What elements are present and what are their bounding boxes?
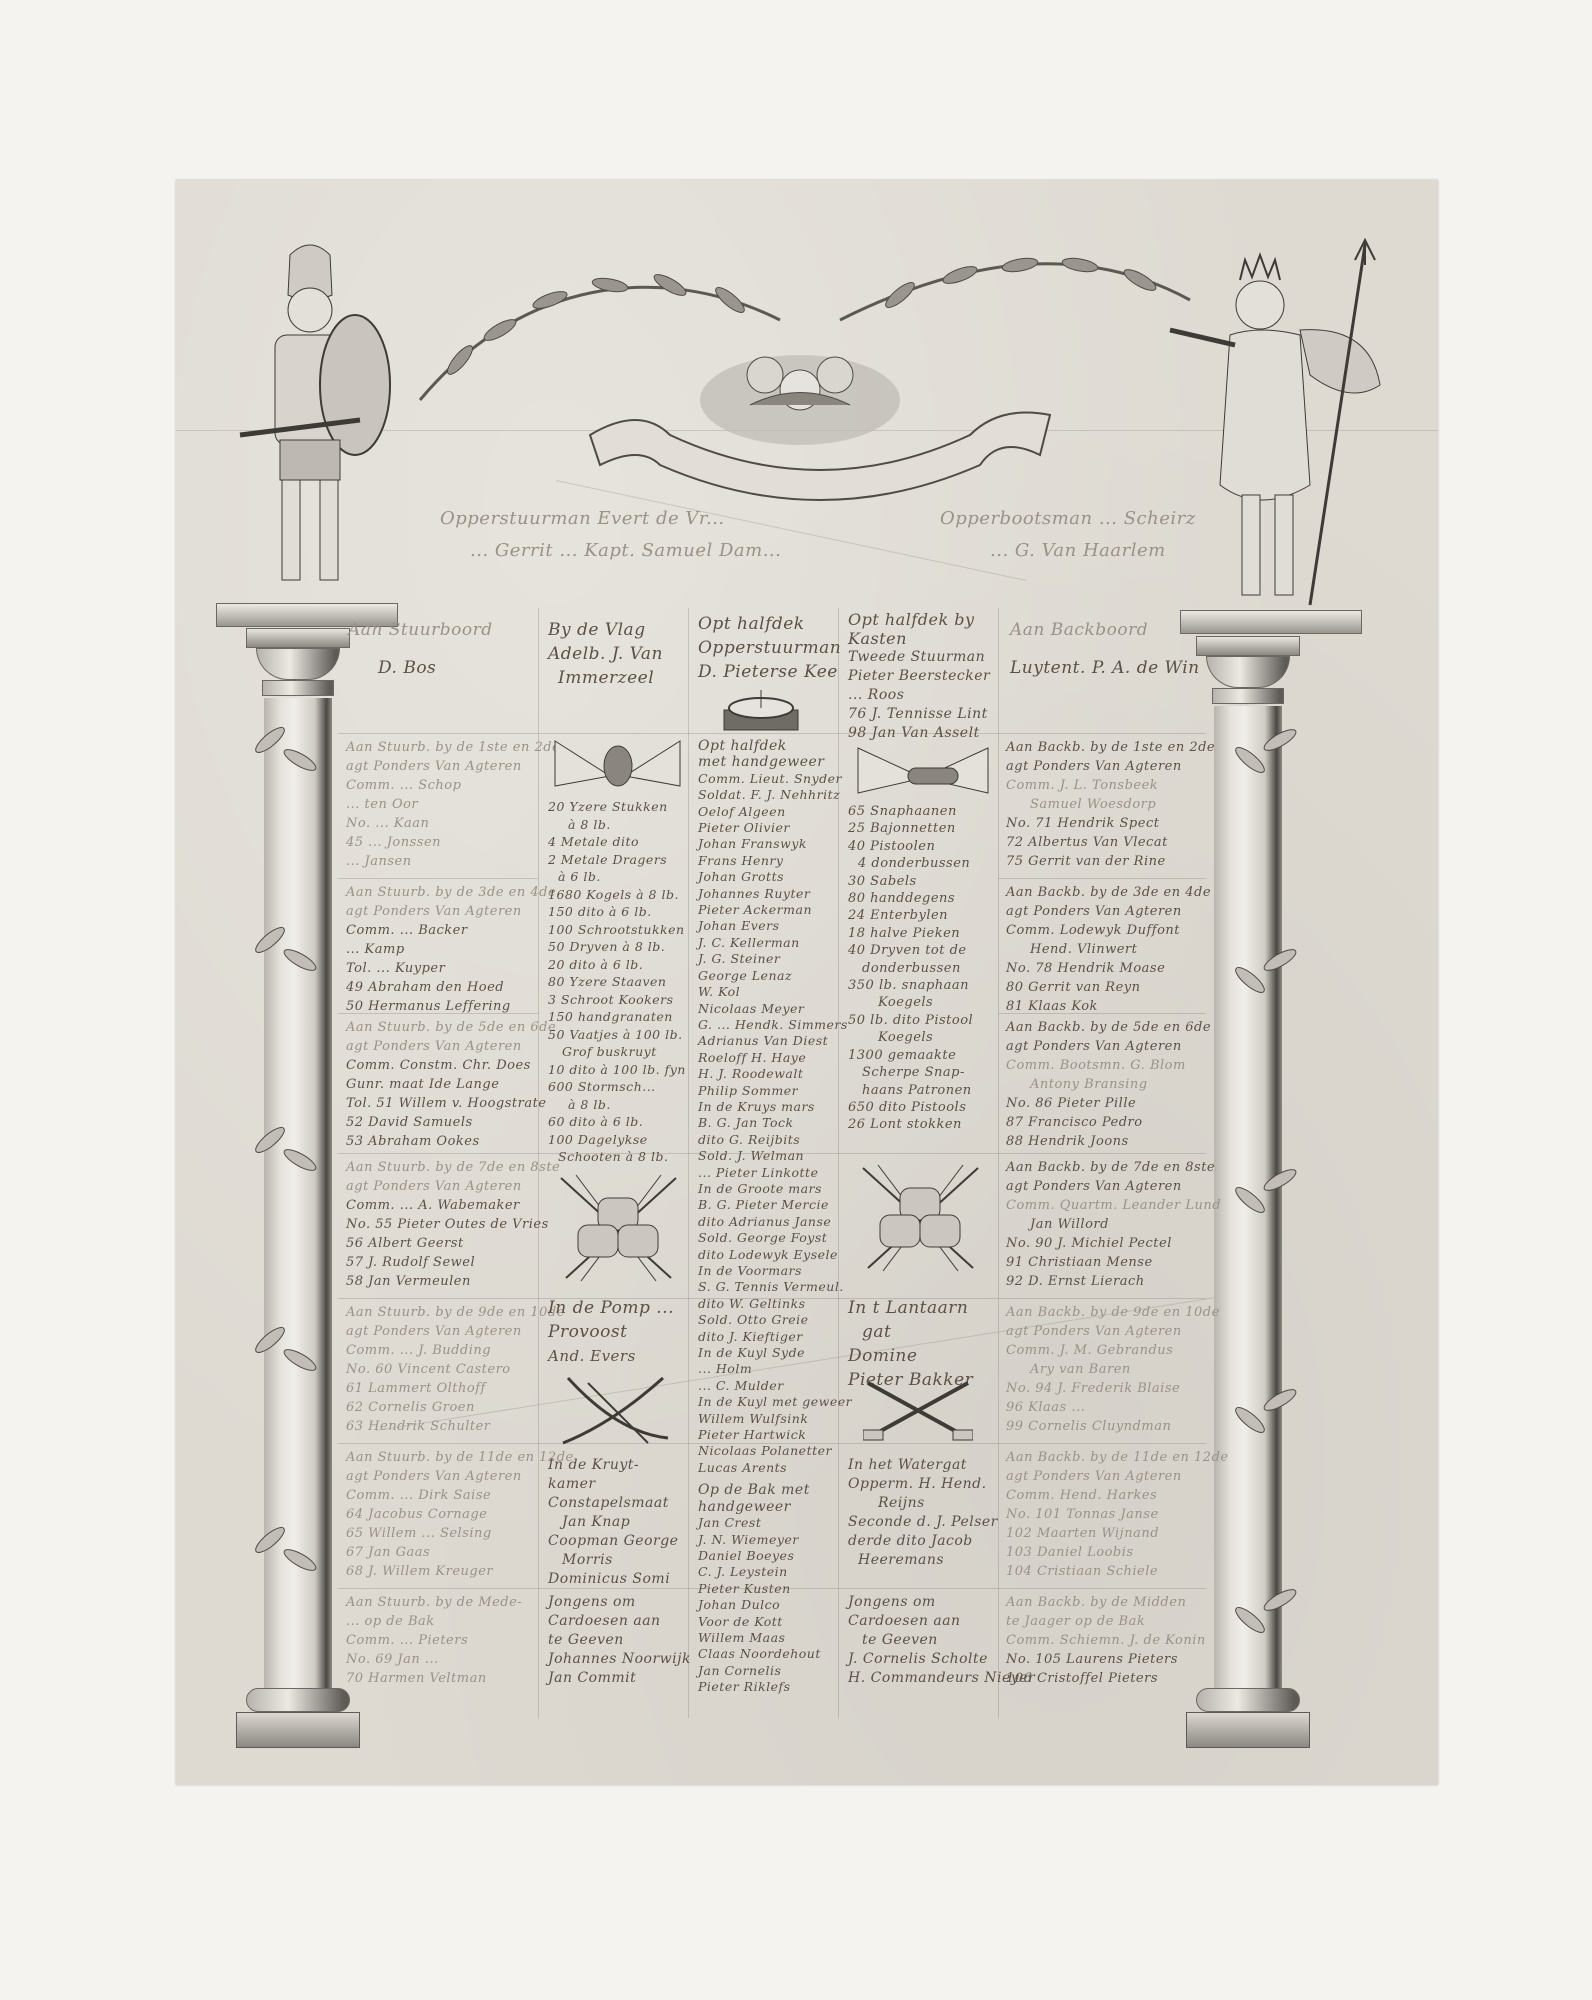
barrels-and-rammers-icon bbox=[556, 1173, 681, 1287]
barrels-and-rammers-icon bbox=[858, 1163, 983, 1277]
header-officers-left-line2: ... Gerrit ... Kapt. Samuel Dam... bbox=[470, 540, 781, 561]
col1-header: Aan Stuurboord D. Bos bbox=[348, 618, 493, 680]
ribbon-banner-icon bbox=[580, 395, 1060, 505]
col2-powder-room-section: In de Kruyt-kamerConstapelsmaatJan KnapC… bbox=[548, 1456, 678, 1589]
laurel-vine-right-icon bbox=[1200, 720, 1320, 1700]
crossed-sabres-icon bbox=[558, 1373, 673, 1452]
row-divider bbox=[338, 878, 538, 879]
mars-warrior-icon bbox=[220, 235, 400, 605]
laurel-vine-left-icon bbox=[230, 700, 350, 1700]
column-divider bbox=[998, 608, 999, 1718]
col5-section-2: Aan Backb. by de 3de en 4deagt Ponders V… bbox=[1006, 883, 1211, 1016]
col2-armament-list: 20 Yzere Stukkenà 8 lb.4 Metale dito2 Me… bbox=[548, 798, 686, 1166]
right-statue-pedestal bbox=[1180, 610, 1362, 634]
row-divider bbox=[998, 878, 1206, 879]
col5-section-3: Aan Backb. by de 5de en 6deagt Ponders V… bbox=[1006, 1018, 1211, 1151]
col5-section-6: Aan Backb. by de 11de en 12deagt Ponders… bbox=[1006, 1448, 1229, 1581]
col5-section-7: Aan Backb. by de Middente Jaager op de B… bbox=[1006, 1593, 1206, 1688]
crossed-muskets-icon bbox=[863, 1378, 973, 1447]
col5-section-5: Aan Backb. by de 9de en 10deagt Ponders … bbox=[1006, 1303, 1220, 1436]
header-officers-right-line2: ... G. Van Haarlem bbox=[990, 540, 1166, 561]
col2-pump-section: In de Pomp ...ProvoostAnd. Evers bbox=[548, 1296, 674, 1368]
cannon-and-flags-icon bbox=[853, 743, 993, 802]
col5-section-1: Aan Backb. by de 1ste en 2deagt Ponders … bbox=[1006, 738, 1215, 871]
header-officers-left-line1: Opperstuurman Evert de Vr... bbox=[440, 508, 725, 529]
col4-header: Opt halfdek by Kasten Tweede Stuurman Pi… bbox=[848, 610, 990, 743]
column-divider bbox=[688, 608, 689, 1718]
col1-section-6: Aan Stuurb. by de 11de en 12deagt Ponder… bbox=[346, 1448, 574, 1581]
header-officers-right-line1: Opperbootsman ... Scheirz bbox=[940, 508, 1196, 529]
muster-table: Aan Stuurboord D. Bos By de Vlag Adelb. … bbox=[338, 608, 1206, 1718]
drum-and-flags-icon bbox=[550, 736, 685, 795]
col5-section-4: Aan Backb. by de 7de en 8steagt Ponders … bbox=[1006, 1158, 1221, 1291]
col3-halfdeck-list: Opt halfdekmet handgeweerComm. Lieut. Sn… bbox=[698, 738, 852, 1696]
col3-header: Opt halfdek Opperstuurman D. Pieterse Ke… bbox=[698, 612, 841, 684]
col1-section-3: Aan Stuurb. by de 5de en 6deagt Ponders … bbox=[346, 1018, 556, 1151]
col1-section-2: Aan Stuurb. by de 3de en 4deagt Ponders … bbox=[346, 883, 556, 1016]
col2-header: By de Vlag Adelb. J. Van Immerzeel bbox=[548, 618, 663, 690]
col2-cartridge-boys-section: Jongens omCardoesen aante GeevenJohannes… bbox=[548, 1593, 691, 1688]
col4-water-hatch-section: In het WatergatOpperm. H. Hend.ReijnsSec… bbox=[848, 1456, 998, 1570]
col1-section-7: Aan Stuurb. by de Mede-... op de BakComm… bbox=[346, 1593, 522, 1688]
col1-section-1: Aan Stuurb. by de 1ste en 2deagt Ponders… bbox=[346, 738, 560, 871]
col1-section-5: Aan Stuurb. by de 9de en 10deagt Ponders… bbox=[346, 1303, 565, 1436]
neptune-trident-icon bbox=[1160, 235, 1400, 615]
col5-header: Aan Backboord Luytent. P. A. de Win bbox=[1010, 618, 1200, 680]
col4-small-arms-list: 65 Snaphaanen25 Bajonnetten40 Pistoolen4… bbox=[848, 803, 973, 1134]
col1-section-4: Aan Stuurb. by de 7de en 8steagt Ponders… bbox=[346, 1158, 560, 1291]
compass-binnacle-icon bbox=[716, 688, 806, 737]
